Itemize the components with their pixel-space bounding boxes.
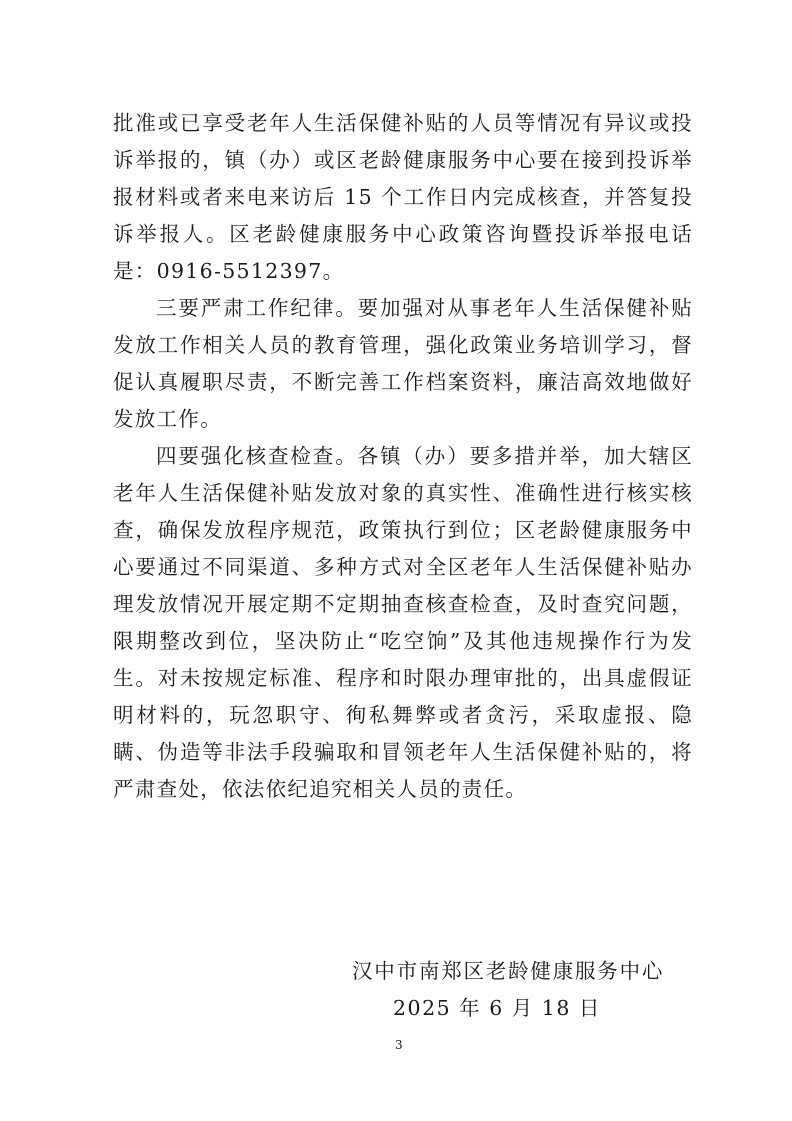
paragraph-complaint-handling: 批准或已享受老年人生活保健补贴的人员等情况有异议或投诉举报的，镇（办）或区老龄健…: [113, 105, 693, 290]
paragraph-verification-inspection: 四要强化核查检查。各镇（办）要多措并举，加大辖区老年人生活保健补贴发放对象的真实…: [113, 438, 693, 808]
signature-organization: 汉中市南郑区老龄健康服务中心: [352, 955, 664, 987]
document-page: 批准或已享受老年人生活保健补贴的人员等情况有异议或投诉举报的，镇（办）或区老龄健…: [0, 0, 792, 1121]
paragraph-work-discipline: 三要严肃工作纪律。要加强对从事老年人生活保健补贴发放工作相关人员的教育管理，强化…: [113, 290, 693, 438]
signature-date: 2025 年 6 月 18 日: [393, 992, 601, 1024]
document-body: 批准或已享受老年人生活保健补贴的人员等情况有异议或投诉举报的，镇（办）或区老龄健…: [113, 105, 693, 808]
page-number: 3: [395, 1037, 403, 1053]
